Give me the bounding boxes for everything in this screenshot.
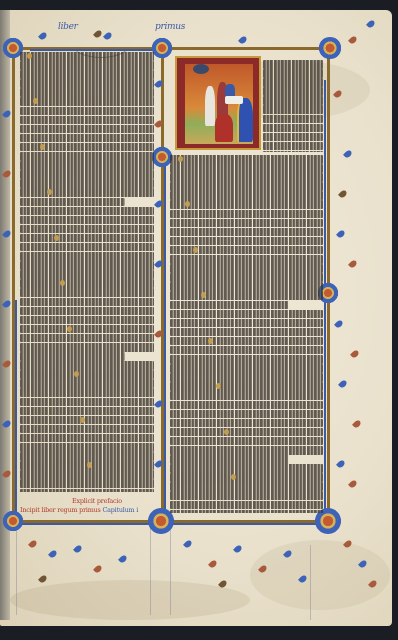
paragraph-mark: [54, 235, 59, 241]
text-line: [170, 182, 323, 191]
text-line: [170, 391, 323, 400]
text-line: [170, 237, 323, 246]
text-line: [20, 107, 154, 116]
text-line: [170, 401, 323, 410]
text-line: [170, 464, 323, 473]
text-line: [170, 228, 323, 237]
text-line: [263, 142, 323, 151]
text-line: [20, 307, 154, 316]
text-line: [20, 361, 154, 370]
text-line: [20, 179, 154, 188]
text-line: [20, 489, 154, 493]
text-line: [170, 319, 323, 328]
ruling-line: [150, 520, 151, 615]
text-line: [20, 198, 125, 207]
paragraph-mark: [74, 371, 79, 377]
ruling-line: [170, 520, 171, 615]
text-line: [170, 419, 323, 428]
paragraph-mark: [178, 156, 183, 162]
text-line: [20, 316, 154, 325]
text-line: [263, 87, 323, 96]
text-line: [20, 88, 154, 97]
text-line: [170, 501, 323, 510]
paragraph-mark: [33, 98, 38, 104]
text-line: [170, 491, 323, 500]
heavenly-cloud: [193, 64, 209, 74]
figure-white-robe: [205, 86, 215, 126]
paragraph-mark: [231, 474, 236, 480]
text-line: [20, 288, 154, 297]
text-line: [170, 437, 323, 446]
text-line: [20, 425, 154, 434]
text-line: [20, 388, 154, 397]
paragraph-mark: [40, 144, 45, 150]
running-header-left: liber: [58, 22, 78, 32]
text-line: [20, 470, 154, 479]
text-line: [20, 452, 154, 461]
text-line: [20, 125, 154, 134]
text-line: [20, 134, 154, 143]
text-line: [263, 105, 323, 114]
text-line: [20, 479, 154, 488]
historiated-initial-miniature: [175, 56, 261, 150]
text-line: [170, 382, 323, 391]
text-line: [170, 482, 323, 491]
paragraph-mark: [224, 429, 229, 435]
text-line: [170, 301, 289, 310]
paragraph-mark: [47, 189, 52, 195]
text-line: [20, 434, 154, 443]
paragraph-mark: [67, 326, 72, 332]
figure-kneeling: [215, 114, 233, 142]
paragraph-mark: [87, 462, 92, 468]
text-line: [20, 407, 154, 416]
text-line: [20, 61, 154, 70]
text-line: [170, 255, 323, 264]
text-column-left: [20, 52, 154, 492]
text-line: [170, 210, 323, 219]
text-line: [263, 96, 323, 105]
text-line: [20, 370, 154, 379]
text-line: [20, 143, 154, 152]
text-line: [20, 79, 154, 88]
text-line: [20, 70, 154, 79]
text-line: [170, 291, 323, 300]
text-line: [20, 461, 154, 470]
text-line: [170, 191, 323, 200]
rubric-explicit: Explicit prefacio: [72, 497, 122, 505]
text-line: [170, 173, 323, 182]
text-line: [20, 416, 154, 425]
rubric-incipit: Incipit liber regum primus Capitulum i: [20, 506, 138, 514]
paragraph-mark: [216, 383, 221, 389]
text-line: [170, 510, 323, 513]
text-line: [20, 116, 154, 125]
text-line: [20, 161, 154, 170]
altar-cloth: [225, 96, 243, 104]
ruling-line: [310, 545, 311, 620]
text-line: [20, 379, 154, 388]
paragraph-mark: [27, 53, 32, 59]
text-line: [20, 279, 154, 288]
text-line: [20, 97, 154, 106]
text-line: [170, 264, 323, 273]
border-bar-middle-blue: [164, 150, 166, 520]
text-line: [170, 164, 323, 173]
text-line: [170, 310, 323, 319]
rubric-chapter: Capitulum i: [102, 506, 138, 514]
border-bar-left-blue: [15, 300, 17, 520]
parchment-stain: [10, 580, 250, 620]
rubric-incipit-text: Incipit liber regum primus: [20, 506, 101, 514]
running-header-right: primus: [155, 22, 185, 32]
text-line: [263, 133, 323, 142]
text-line: [170, 155, 323, 164]
text-line: [170, 200, 323, 209]
text-line: [170, 428, 323, 437]
text-line: [20, 325, 154, 334]
parchment-stain: [250, 540, 390, 610]
text-line: [20, 270, 154, 279]
text-line: [170, 246, 323, 255]
text-column-right-top: [263, 60, 323, 152]
junction-boss-ornament: [151, 37, 173, 59]
text-line: [20, 334, 154, 343]
text-line: [20, 343, 154, 352]
text-line: [20, 243, 154, 252]
text-line: [170, 219, 323, 228]
text-line: [20, 261, 154, 270]
paragraph-mark: [185, 201, 190, 207]
text-line: [20, 170, 154, 179]
text-line: [170, 364, 323, 373]
text-line: [170, 446, 323, 455]
paragraph-mark: [80, 417, 85, 423]
text-line: [263, 69, 323, 78]
text-line: [170, 273, 323, 282]
text-line: [170, 346, 323, 355]
text-line: [20, 188, 154, 197]
text-line: [20, 216, 154, 225]
text-line: [263, 115, 323, 124]
text-line: [20, 207, 154, 216]
text-line: [20, 252, 154, 261]
text-column-right: [170, 155, 323, 513]
text-line: [20, 443, 154, 452]
text-line: [170, 328, 323, 337]
text-line: [20, 225, 154, 234]
ruling-line: [16, 520, 17, 615]
figure-blue-gold: [237, 98, 253, 142]
text-line: [20, 352, 125, 361]
text-line: [20, 234, 154, 243]
text-line: [263, 60, 323, 69]
paragraph-mark: [201, 292, 206, 298]
text-line: [20, 398, 154, 407]
text-line: [170, 473, 323, 482]
text-line: [263, 78, 323, 87]
text-line: [170, 337, 323, 346]
paragraph-mark: [193, 247, 198, 253]
text-line: [170, 355, 323, 364]
paragraph-mark: [60, 280, 65, 286]
text-line: [170, 282, 323, 291]
text-line: [20, 298, 154, 307]
text-line: [20, 152, 154, 161]
text-line: [263, 151, 323, 152]
text-line: [20, 52, 154, 61]
text-line: [170, 455, 289, 464]
text-line: [170, 373, 323, 382]
corner-boss-ornament: [317, 37, 343, 59]
text-line: [263, 124, 323, 133]
paragraph-mark: [208, 338, 213, 344]
text-line: [170, 410, 323, 419]
